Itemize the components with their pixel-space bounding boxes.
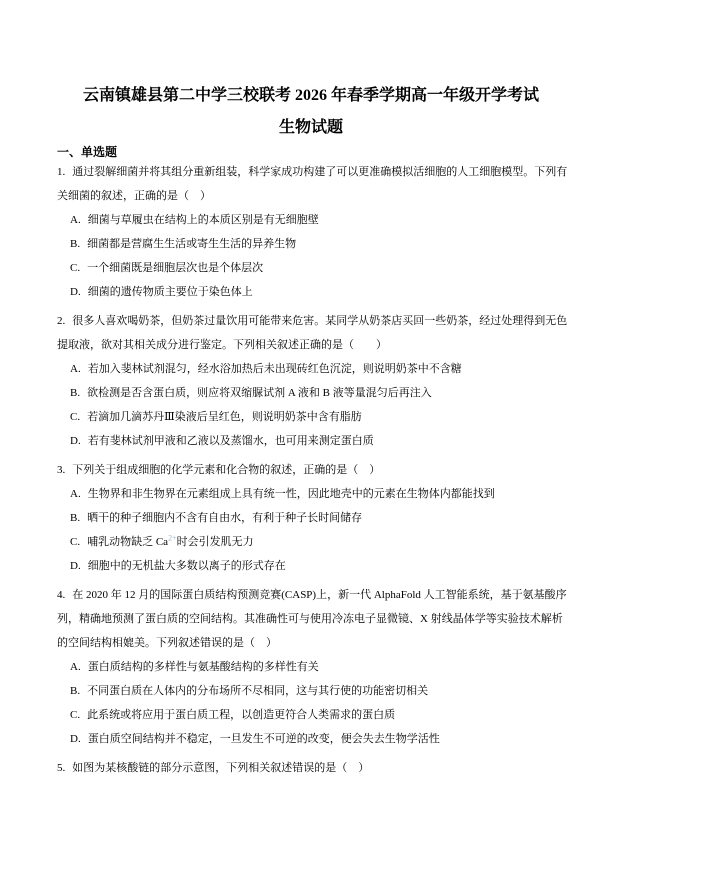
option-text: 若加入斐林试剂混匀，经水浴加热后未出现砖红色沉淀，则说明奶茶中不含糖	[88, 363, 462, 375]
question-stem-text: 如图为某核酸链的部分示意图，下列相关叙述错误的是（ ）	[72, 762, 369, 774]
option-label: D.	[70, 560, 81, 572]
option-text: 一个细菌既是细胞层次也是个体层次	[87, 262, 263, 274]
option-text: 若滴加几滴苏丹Ⅲ染液后呈红色，则说明奶茶中含有脂肪	[87, 411, 362, 423]
option-text: 细菌与草履虫在结构上的本质区别是有无细胞壁	[88, 214, 319, 226]
question-3: 3.下列关于组成细胞的化学元素和化合物的叙述，正确的是（ ） A.生物界和非生物…	[57, 458, 572, 578]
option-label: B.	[70, 512, 80, 524]
option-text: 蛋白质空间结构并不稳定，一旦发生不可逆的改变，便会失去生物学活性	[88, 733, 440, 745]
option-label: A.	[70, 214, 81, 226]
option-text-pre: 哺乳动物缺乏 Ca	[87, 536, 168, 548]
option-text: 细菌都是营腐生生活或寄生生活的异养生物	[87, 238, 296, 250]
option-label: C.	[70, 709, 80, 721]
section-heading: 一、单选题	[57, 144, 651, 160]
option-text: 晒干的种子细胞内不含有自由水，有利于种子长时间储存	[87, 512, 362, 524]
question-4: 4.在 2020 年 12 月的国际蛋白质结构预测竞赛(CASP)上，新一代 A…	[57, 583, 572, 751]
option-row: A.生物界和非生物界在元素组成上具有统一性，因此地壳中的元素在生物体内都能找到	[57, 482, 572, 506]
option-row: A.细菌与草履虫在结构上的本质区别是有无细胞壁	[57, 208, 572, 232]
question-stem: 2.很多人喜欢喝奶茶，但奶茶过量饮用可能带来危害。某同学从奶茶店买回一些奶茶，经…	[57, 309, 572, 357]
option-label: B.	[70, 238, 80, 250]
exam-title: 云南镇雄县第二中学三校联考 2026 年春季学期高一年级开学考试	[57, 84, 565, 108]
option-text: 蛋白质结构的多样性与氨基酸结构的多样性有关	[88, 661, 319, 673]
option-row: C.此系统或将应用于蛋白质工程，以创造更符合人类需求的蛋白质	[57, 703, 572, 727]
option-row: C.若滴加几滴苏丹Ⅲ染液后呈红色，则说明奶茶中含有脂肪	[57, 405, 572, 429]
question-2: 2.很多人喜欢喝奶茶，但奶茶过量饮用可能带来危害。某同学从奶茶店买回一些奶茶，经…	[57, 309, 572, 453]
option-row: C.哺乳动物缺乏 Ca2+时会引发肌无力	[57, 530, 572, 554]
question-number: 2.	[57, 315, 65, 327]
question-number: 1.	[57, 166, 65, 178]
option-label: A.	[70, 488, 81, 500]
question-stem: 4.在 2020 年 12 月的国际蛋白质结构预测竞赛(CASP)上，新一代 A…	[57, 583, 572, 655]
option-label: C.	[70, 536, 80, 548]
question-number: 4.	[57, 589, 65, 601]
option-label: D.	[70, 286, 81, 298]
option-row: A.蛋白质结构的多样性与氨基酸结构的多样性有关	[57, 655, 572, 679]
option-row: D.细胞中的无机盐大多数以离子的形式存在	[57, 554, 572, 578]
question-stem: 1.通过裂解细菌并将其组分重新组装，科学家成功构建了可以更准确模拟活细胞的人工细…	[57, 160, 572, 208]
question-stem-text: 下列关于组成细胞的化学元素和化合物的叙述，正确的是（ ）	[72, 464, 380, 476]
option-label: A.	[70, 661, 81, 673]
option-text: 欲检测是否含蛋白质，则应将双缩脲试剂 A 液和 B 液等量混匀后再注入	[87, 387, 432, 399]
option-row: B.细菌都是营腐生生活或寄生生活的异养生物	[57, 232, 572, 256]
option-label: C.	[70, 411, 80, 423]
option-text: 细胞中的无机盐大多数以离子的形式存在	[88, 560, 286, 572]
question-stem: 3.下列关于组成细胞的化学元素和化合物的叙述，正确的是（ ）	[57, 458, 572, 482]
option-label: D.	[70, 733, 81, 745]
option-row: D.若有斐林试剂甲液和乙液以及蒸馏水，也可用来测定蛋白质	[57, 429, 572, 453]
option-row: A.若加入斐林试剂混匀，经水浴加热后未出现砖红色沉淀，则说明奶茶中不含糖	[57, 357, 572, 381]
option-text: 生物界和非生物界在元素组成上具有统一性，因此地壳中的元素在生物体内都能找到	[88, 488, 495, 500]
option-row: B.欲检测是否含蛋白质，则应将双缩脲试剂 A 液和 B 液等量混匀后再注入	[57, 381, 572, 405]
question-stem-text: 通过裂解细菌并将其组分重新组装，科学家成功构建了可以更准确模拟活细胞的人工细胞模…	[57, 166, 567, 202]
option-text: 此系统或将应用于蛋白质工程，以创造更符合人类需求的蛋白质	[87, 709, 395, 721]
page-content: 云南镇雄县第二中学三校联考 2026 年春季学期高一年级开学考试 生物试题 一、…	[0, 0, 701, 780]
question-1: 1.通过裂解细菌并将其组分重新组装，科学家成功构建了可以更准确模拟活细胞的人工细…	[57, 160, 572, 304]
option-row: D.细菌的遗传物质主要位于染色体上	[57, 280, 572, 304]
option-text: 不同蛋白质在人体内的分布场所不尽相同，这与其行使的功能密切相关	[87, 685, 428, 697]
option-text: 细菌的遗传物质主要位于染色体上	[88, 286, 253, 298]
question-stem-text: 很多人喜欢喝奶茶，但奶茶过量饮用可能带来危害。某同学从奶茶店买回一些奶茶，经过处…	[57, 315, 567, 351]
option-label: B.	[70, 387, 80, 399]
option-row: C.一个细菌既是细胞层次也是个体层次	[57, 256, 572, 280]
option-label: D.	[70, 435, 81, 447]
question-number: 3.	[57, 464, 65, 476]
option-label: A.	[70, 363, 81, 375]
exam-paper-page: 云南镇雄县第二中学三校联考 2026 年春季学期高一年级开学考试 生物试题 一、…	[0, 0, 701, 878]
question-number: 5.	[57, 762, 65, 774]
question-stem: 5.如图为某核酸链的部分示意图，下列相关叙述错误的是（ ）	[57, 756, 572, 780]
question-5: 5.如图为某核酸链的部分示意图，下列相关叙述错误的是（ ）	[57, 756, 572, 780]
question-stem-text: 在 2020 年 12 月的国际蛋白质结构预测竞赛(CASP)上，新一代 Alp…	[57, 589, 567, 649]
option-label: C.	[70, 262, 80, 274]
calcium-ion-superscript: 2+	[168, 533, 177, 542]
option-text: 若有斐林试剂甲液和乙液以及蒸馏水，也可用来测定蛋白质	[88, 435, 374, 447]
option-row: B.晒干的种子细胞内不含有自由水，有利于种子长时间储存	[57, 506, 572, 530]
option-text-post: 时会引发肌无力	[177, 536, 254, 548]
option-label: B.	[70, 685, 80, 697]
option-row: D.蛋白质空间结构并不稳定，一旦发生不可逆的改变，便会失去生物学活性	[57, 727, 572, 751]
exam-subtitle: 生物试题	[57, 116, 565, 140]
option-row: B.不同蛋白质在人体内的分布场所不尽相同，这与其行使的功能密切相关	[57, 679, 572, 703]
